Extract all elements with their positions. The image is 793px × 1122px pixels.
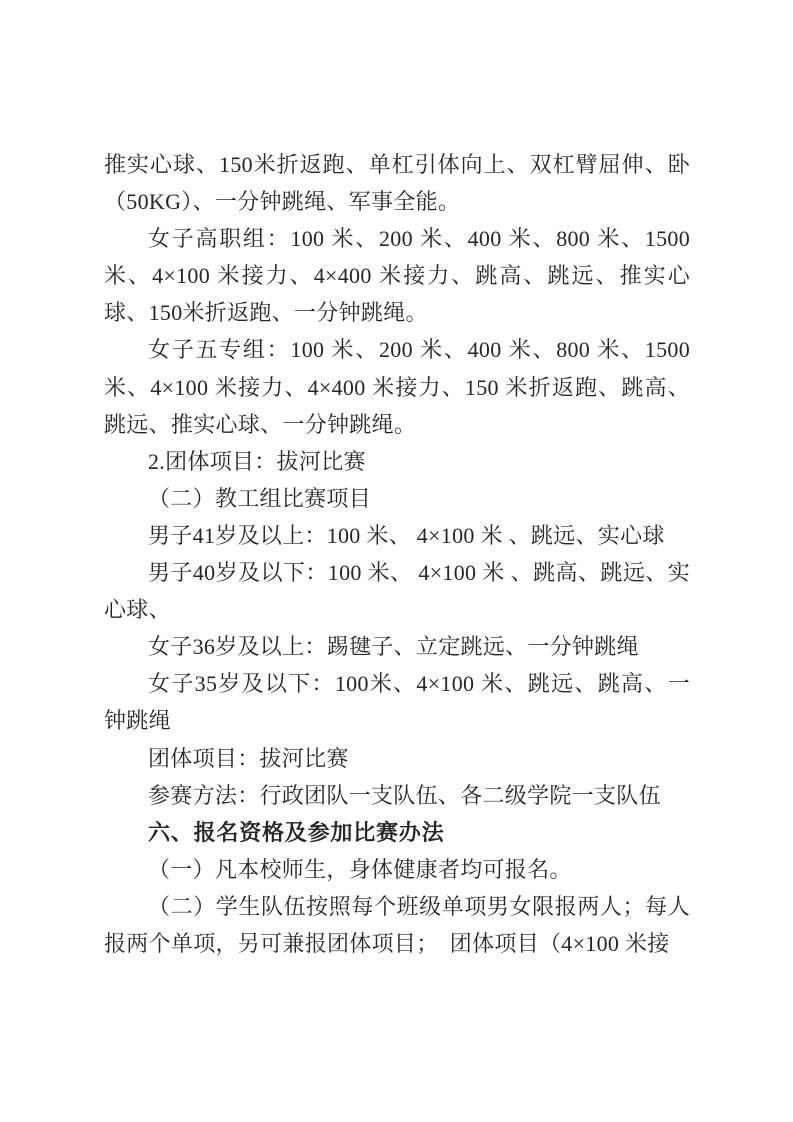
text-line: （50KG）、一分钟跳绳、军事全能。 bbox=[104, 183, 690, 220]
text-line: （二）教工组比赛项目 bbox=[104, 480, 690, 517]
text-line: （一）凡本校师生，身体健康者均可报名。 bbox=[104, 851, 690, 888]
document-page: 推实心球、150米折返跑、单杠引体向上、双杠臂屈伸、卧推（50KG）、一分钟跳绳… bbox=[0, 0, 793, 1122]
text-line: 报两个单项，另可兼报团体项目； 团体项目（4×100 米接 bbox=[104, 925, 690, 962]
text-line: 女子五专组：100 米、200 米、400 米、800 米、1500 bbox=[104, 331, 690, 368]
text-line: 团体项目：拔河比赛 bbox=[104, 740, 690, 777]
text-line: 女子35岁及以下：100米、4×100 米、跳远、跳高、一分 bbox=[104, 665, 690, 702]
text-line: 心球、 bbox=[104, 591, 690, 628]
text-line: 女子高职组：100 米、200 米、400 米、800 米、1500 bbox=[104, 220, 690, 257]
document-body: 推实心球、150米折返跑、单杠引体向上、双杠臂屈伸、卧推（50KG）、一分钟跳绳… bbox=[104, 146, 690, 962]
text-line: 推实心球、150米折返跑、单杠引体向上、双杠臂屈伸、卧推 bbox=[104, 146, 690, 183]
text-line: 参赛方法：行政团队一支队伍、各二级学院一支队伍 bbox=[104, 777, 690, 814]
text-line: 球、150米折返跑、一分钟跳绳。 bbox=[104, 294, 690, 331]
text-line: （二）学生队伍按照每个班级单项男女限报两人；每人限 bbox=[104, 888, 690, 925]
text-line: 跳远、推实心球、一分钟跳绳。 bbox=[104, 406, 690, 443]
text-line: 米、4×100 米接力、4×400 米接力、跳高、跳远、推实心 bbox=[104, 257, 690, 294]
text-line: 男子41岁及以上：100 米、 4×100 米 、跳远、实心球 bbox=[104, 517, 690, 554]
text-line: 米、4×100 米接力、4×400 米接力、150 米折返跑、跳高、 bbox=[104, 369, 690, 406]
text-line: 2.团体项目：拔河比赛 bbox=[104, 443, 690, 480]
text-line: 女子36岁及以上：踢毽子、立定跳远、一分钟跳绳 bbox=[104, 628, 690, 665]
section-heading: 六、报名资格及参加比赛办法 bbox=[104, 814, 690, 851]
text-line: 男子40岁及以下：100 米、 4×100 米 、跳高、跳远、实 bbox=[104, 554, 690, 591]
text-line: 钟跳绳 bbox=[104, 702, 690, 739]
